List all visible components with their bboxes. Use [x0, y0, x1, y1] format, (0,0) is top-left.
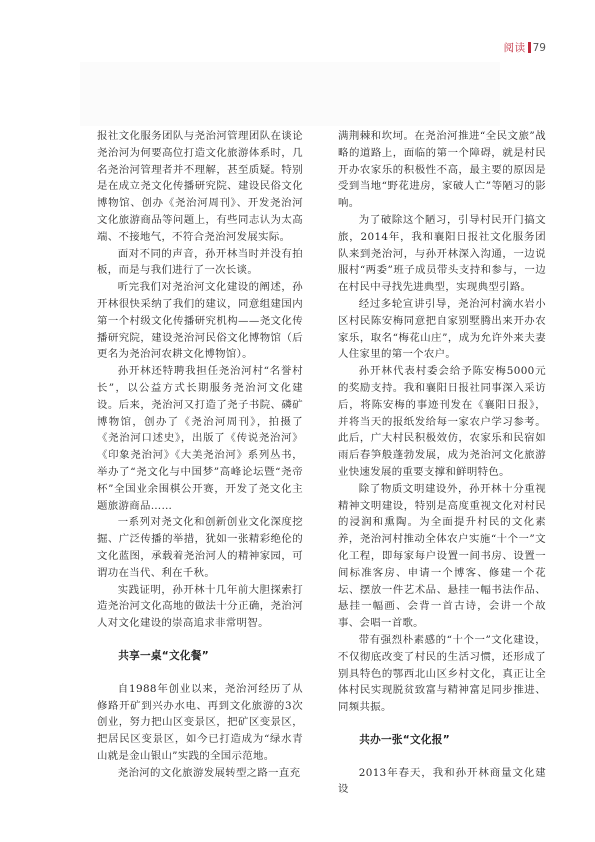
section-heading: 共享一桌“文化餐” [97, 648, 303, 665]
paragraph: 孙开林还特聘我担任尧治河村“名誉村长”，以公益方式长期服务尧治河文化建设。后来，… [97, 363, 303, 514]
paragraph: 除了物质文明建设外，孙开林十分重视精神文明建设，特别是高度重视文化对村民的浸润和… [338, 481, 546, 632]
running-header: 阅读 79 [504, 40, 546, 55]
paragraph: 一系列对尧文化和创新创业文化深度挖掘、广泛传播的举措，犹如一张精彩绝伦的文化蓝图… [97, 514, 303, 581]
paragraph: 尧治河的文化旅游发展转型之路一直充 [97, 765, 303, 782]
paragraph: 实践证明，孙开林十几年前大胆探索打造尧治河文化高地的做法十分正确，尧治河人对文化… [97, 582, 303, 632]
section-label: 阅读 [504, 40, 526, 55]
section-heading: 共办一张“文化报” [338, 732, 546, 749]
paragraph: 2013年春天，我和孙开林商量文化建设 [338, 765, 546, 799]
paragraph: 满荆棘和坎坷。在尧治河推进“全民文旅”战略的道路上，面临的第一个障碍，就是村民开… [338, 128, 546, 212]
paragraph: 报社文化服务团队与尧治河管理团队在谈论尧治河为何要高位打造文化旅游体系时，几名尧… [97, 128, 303, 246]
faded-header-image [80, 62, 500, 126]
right-column: 满荆棘和坎坷。在尧治河推进“全民文旅”战略的道路上，面临的第一个障碍，就是村民开… [338, 128, 546, 798]
left-column: 报社文化服务团队与尧治河管理团队在谈论尧治河为何要高位打造文化旅游体系时，几名尧… [97, 128, 303, 781]
red-divider-bar [528, 42, 531, 53]
paragraph: 经过多轮宣讲引导，尧治河村滴水岩小区村民陈安梅同意把自家别墅腾出来开办农家乐，取… [338, 296, 546, 363]
paragraph: 孙开林代表村委会给予陈安梅5000元的奖励支持。我和襄阳日报社同事深入采访后，将… [338, 363, 546, 481]
paragraph: 面对不同的声音，孙开林当时并没有拍板，而是与我们进行了一次长谈。 [97, 246, 303, 280]
paragraph: 为了破除这个陋习，引导村民开门搞文旅，2014年，我和襄阳日报社文化服务团队来到… [338, 212, 546, 296]
paragraph: 听完我们对尧治河文化建设的阐述，孙开林很快采纳了我们的建议，同意组建国内第一个村… [97, 279, 303, 363]
paragraph: 带有强烈朴素感的“十个一”文化建设，不仅彻底改变了村民的生活习惯，还形成了别具特… [338, 632, 546, 716]
paragraph: 自1988年创业以来，尧治河经历了从修路开矿到兴办水电、再到文化旅游的3次创业，… [97, 681, 303, 765]
page-number: 79 [533, 42, 546, 54]
